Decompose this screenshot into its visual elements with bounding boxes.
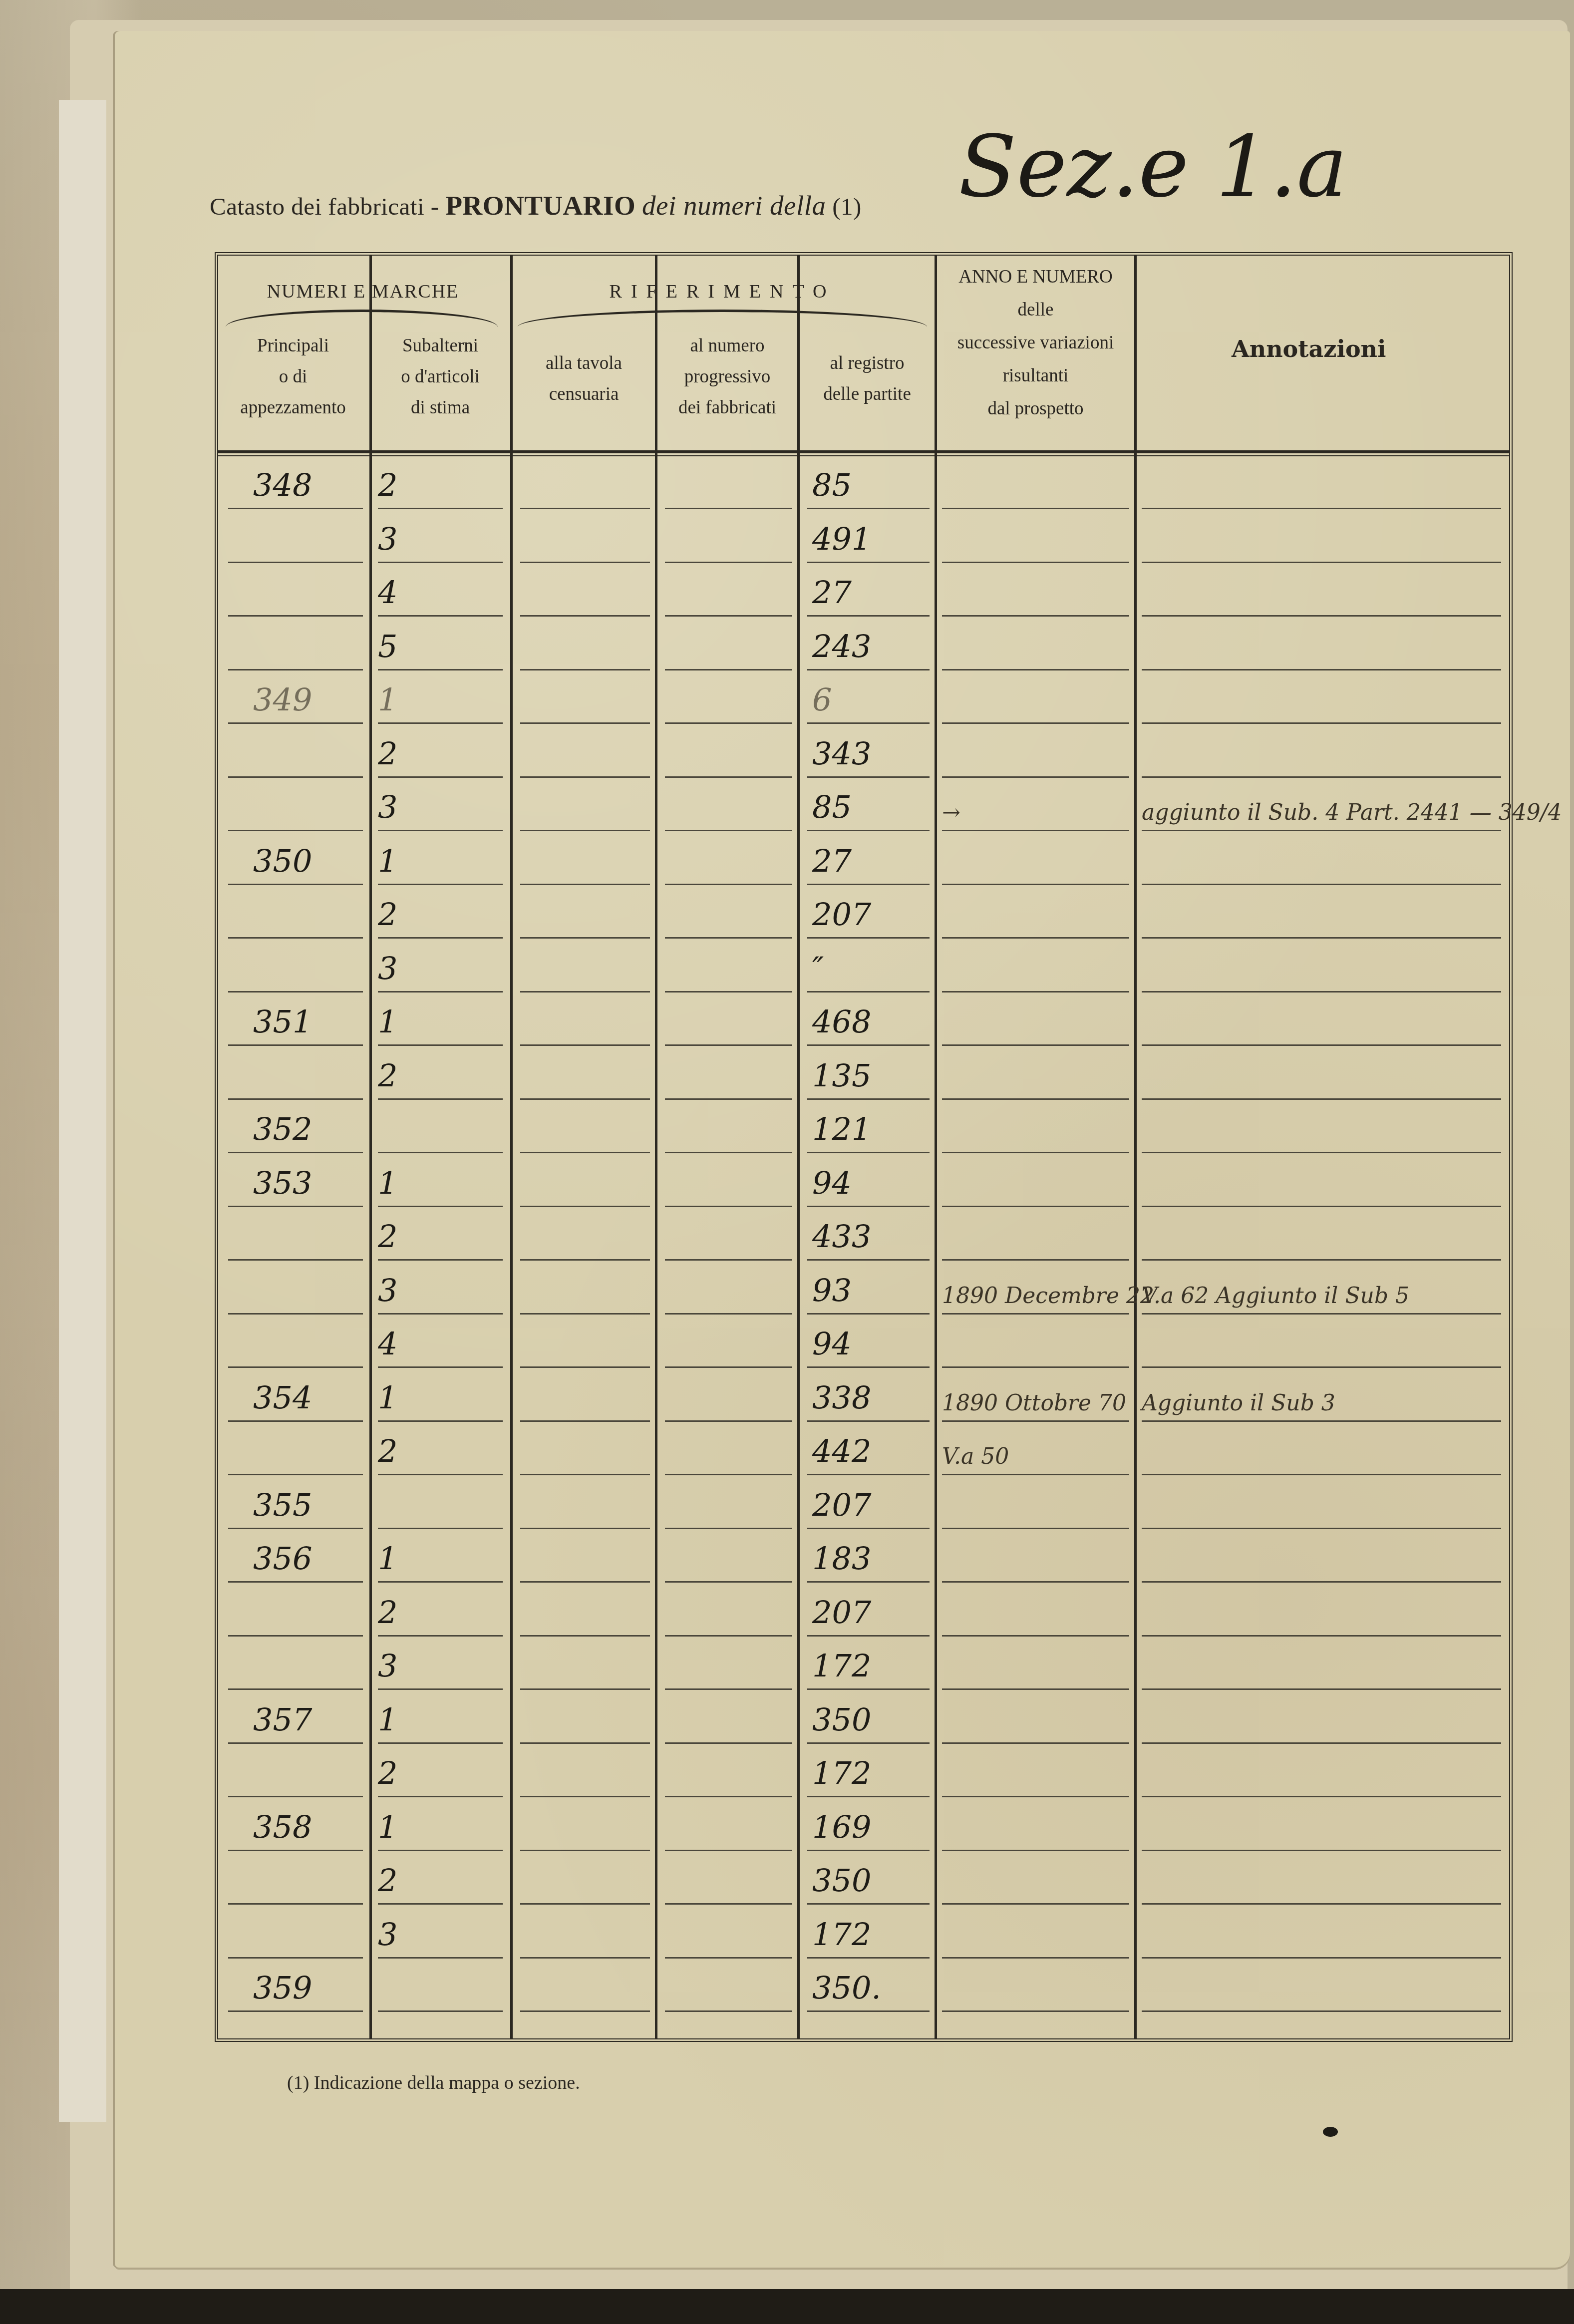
- row-rule: [807, 1259, 930, 1261]
- cell-registro-partite: 491: [812, 521, 871, 557]
- row-rule: [520, 776, 650, 778]
- row-rule: [942, 1474, 1129, 1475]
- row-rule: [807, 669, 930, 670]
- row-rule: [378, 830, 503, 831]
- row-rule: [228, 615, 363, 617]
- row-rule: [807, 1044, 930, 1046]
- row-rule: [665, 884, 792, 885]
- table-row: 2207: [218, 887, 1509, 941]
- row-rule: [1142, 669, 1501, 670]
- row-rule: [665, 722, 792, 724]
- row-rule: [378, 776, 503, 778]
- row-rule: [942, 2010, 1129, 2012]
- row-rule: [1142, 615, 1501, 617]
- row-rule: [228, 1635, 363, 1637]
- row-rule: [665, 830, 792, 831]
- row-rule: [228, 1474, 363, 1475]
- table-row: 350127: [218, 834, 1509, 888]
- row-rule: [807, 1152, 930, 1153]
- row-rule: [665, 937, 792, 939]
- row-rule: [378, 1528, 503, 1529]
- cell-subalterno: 1: [378, 1540, 397, 1577]
- title-prefix: Catasto dei fabbricati -: [210, 193, 439, 220]
- row-rule: [1142, 776, 1501, 778]
- row-rule: [942, 1044, 1129, 1046]
- row-rule: [520, 1206, 650, 1207]
- row-rule: [228, 722, 363, 724]
- cell-subalterno: 2: [378, 1218, 397, 1255]
- row-rule: [228, 991, 363, 993]
- row-rule: [520, 1581, 650, 1583]
- row-rule: [807, 937, 930, 939]
- row-rule: [807, 1957, 930, 1959]
- cell-registro-partite: 350: [812, 1701, 871, 1738]
- cell-registro-partite: 350.: [812, 1970, 881, 2006]
- row-rule: [1142, 1850, 1501, 1851]
- row-rule: [1142, 1044, 1501, 1046]
- cell-subalterno: 3: [378, 1916, 397, 1953]
- row-rule: [665, 669, 792, 670]
- header-annotazioni: Annotazioni: [1232, 335, 1386, 362]
- row-rule: [228, 1366, 363, 1368]
- cell-principale: 352: [253, 1111, 312, 1147]
- row-rule: [1142, 1098, 1501, 1100]
- row-rule: [807, 1796, 930, 1797]
- row-rule: [228, 508, 363, 509]
- title-bold: PRONTUARIO: [445, 190, 635, 221]
- cell-registro-partite: 172: [812, 1755, 871, 1791]
- row-rule: [378, 615, 503, 617]
- row-rule: [807, 1474, 930, 1475]
- row-rule: [520, 669, 650, 670]
- row-rule: [942, 884, 1129, 885]
- row-rule: [1142, 1366, 1501, 1368]
- row-rule: [807, 776, 930, 778]
- row-rule: [378, 1366, 503, 1368]
- cell-subalterno: 5: [378, 628, 397, 664]
- cell-registro-partite: 135: [812, 1057, 871, 1094]
- row-rule: [942, 1850, 1129, 1851]
- scan-bottom-edge: [0, 2289, 1574, 2324]
- cell-anno-numero: 1890 Decembre 22: [942, 1283, 1154, 1309]
- row-rule: [520, 1098, 650, 1100]
- cell-principale: 351: [253, 1003, 312, 1040]
- row-rule: [1142, 2010, 1501, 2012]
- row-rule: [807, 1206, 930, 1207]
- title-footnote-ref: (1): [832, 193, 862, 220]
- row-rule: [942, 1688, 1129, 1690]
- row-rule: [1142, 1957, 1501, 1959]
- row-rule: [1142, 722, 1501, 724]
- cell-annotazione: V.a 62 Aggiunto il Sub 5: [1142, 1283, 1409, 1309]
- row-rule: [520, 1044, 650, 1046]
- table-row: 5243: [218, 619, 1509, 673]
- row-rule: [942, 937, 1129, 939]
- table-row: 2207: [218, 1585, 1509, 1639]
- row-rule: [807, 1366, 930, 1368]
- row-rule: [942, 1366, 1129, 1368]
- row-rule: [665, 1635, 792, 1637]
- table-row: 385→aggiunto il Sub. 4 Part. 2441 — 349/…: [218, 780, 1509, 834]
- table-row: 2350: [218, 1853, 1509, 1907]
- cell-registro-partite: 85: [812, 789, 852, 825]
- row-rule: [665, 1420, 792, 1422]
- cell-registro-partite: 27: [812, 843, 852, 879]
- header-registro: al registrodelle partite: [800, 348, 935, 410]
- row-rule: [1142, 1688, 1501, 1690]
- row-rule: [378, 937, 503, 939]
- table-row: 3″: [218, 941, 1509, 995]
- cell-registro-partite: 169: [812, 1809, 871, 1845]
- row-rule: [807, 562, 930, 563]
- table-row: 359350.: [218, 1961, 1509, 2014]
- row-rule: [520, 615, 650, 617]
- table-row: 2172: [218, 1746, 1509, 1800]
- cell-principale: 354: [253, 1379, 312, 1416]
- row-rule: [378, 1903, 503, 1905]
- row-rule: [520, 722, 650, 724]
- row-rule: [378, 1420, 503, 1422]
- row-rule: [665, 1366, 792, 1368]
- row-rule: [1142, 830, 1501, 831]
- row-rule: [1142, 1152, 1501, 1153]
- row-rule: [520, 1528, 650, 1529]
- row-rule: [665, 1688, 792, 1690]
- row-rule: [807, 1635, 930, 1637]
- cell-registro-partite: 85: [812, 467, 852, 503]
- table-row: 2135: [218, 1048, 1509, 1102]
- cell-subalterno: 1: [378, 681, 397, 718]
- row-rule: [942, 776, 1129, 778]
- cell-subalterno: 2: [378, 1433, 397, 1469]
- row-rule: [1142, 1903, 1501, 1905]
- cell-registro-partite: ″: [812, 950, 824, 987]
- row-rule: [1142, 1259, 1501, 1261]
- row-rule: [228, 2010, 363, 2012]
- row-rule: [665, 1850, 792, 1851]
- row-rule: [378, 562, 503, 563]
- row-rule: [228, 937, 363, 939]
- row-rule: [228, 1742, 363, 1744]
- row-rule: [1142, 1206, 1501, 1207]
- row-rule: [1142, 1581, 1501, 1583]
- row-rule: [1142, 1474, 1501, 1475]
- row-rule: [665, 1528, 792, 1529]
- header-anno-numero: ANNO E NUMEROdellesuccessive variazionir…: [937, 261, 1134, 425]
- row-rule: [520, 1152, 650, 1153]
- cell-principale: 350: [253, 843, 312, 879]
- row-rule: [378, 1850, 503, 1851]
- row-rule: [807, 1742, 930, 1744]
- cell-registro-partite: 442: [812, 1433, 871, 1469]
- cell-subalterno: 1: [378, 1809, 397, 1845]
- row-rule: [942, 1259, 1129, 1261]
- row-rule: [942, 562, 1129, 563]
- cell-subalterno: 1: [378, 1701, 397, 1738]
- row-rule: [942, 991, 1129, 993]
- row-rule: [378, 1044, 503, 1046]
- row-rule: [228, 669, 363, 670]
- header-principali: Principalio diappezzamento: [218, 331, 368, 423]
- row-rule: [942, 1420, 1129, 1422]
- row-rule: [942, 1903, 1129, 1905]
- row-rule: [1142, 1796, 1501, 1797]
- table-row: 352121: [218, 1102, 1509, 1156]
- ledger-table: NUMERI E MARCHE RIFERIMENTO Principalio …: [215, 252, 1513, 2042]
- cell-subalterno: 2: [378, 1057, 397, 1094]
- row-rule: [665, 1903, 792, 1905]
- row-rule: [665, 1152, 792, 1153]
- cell-registro-partite: 6: [812, 681, 832, 718]
- cell-subalterno: 3: [378, 950, 397, 987]
- row-rule: [1142, 1528, 1501, 1529]
- cell-subalterno: 1: [378, 1379, 397, 1416]
- cell-subalterno: 3: [378, 789, 397, 825]
- table-row: 3581169: [218, 1800, 1509, 1854]
- row-rule: [520, 830, 650, 831]
- row-rule: [807, 722, 930, 724]
- cell-registro-partite: 94: [812, 1326, 852, 1362]
- table-row: 3511468: [218, 995, 1509, 1048]
- table-row: 3571350: [218, 1692, 1509, 1746]
- row-rule: [807, 615, 930, 617]
- cell-registro-partite: 343: [812, 735, 871, 772]
- row-rule: [665, 1206, 792, 1207]
- row-rule: [942, 1581, 1129, 1583]
- row-rule: [1142, 1742, 1501, 1744]
- row-rule: [807, 1528, 930, 1529]
- row-rule: [378, 884, 503, 885]
- cell-subalterno: 1: [378, 1003, 397, 1040]
- table-row: 2433: [218, 1209, 1509, 1263]
- row-rule: [228, 1206, 363, 1207]
- row-rule: [807, 830, 930, 831]
- header-rule: [218, 455, 1509, 456]
- row-rule: [378, 1742, 503, 1744]
- row-rule: [942, 1206, 1129, 1207]
- cell-annotazione: aggiunto il Sub. 4 Part. 2441 — 349/4: [1142, 800, 1562, 825]
- table-row: 3931890 Decembre 22V.a 62 Aggiunto il Su…: [218, 1263, 1509, 1317]
- row-rule: [228, 1850, 363, 1851]
- cell-principale: 359: [253, 1970, 312, 2006]
- row-rule: [665, 1044, 792, 1046]
- cell-principale: 358: [253, 1809, 312, 1845]
- table-row: 2442V.a 50: [218, 1424, 1509, 1478]
- row-rule: [520, 1366, 650, 1368]
- row-rule: [520, 1420, 650, 1422]
- cell-subalterno: 2: [378, 896, 397, 933]
- cell-registro-partite: 121: [812, 1111, 871, 1147]
- row-rule: [1142, 884, 1501, 885]
- table-row: 427: [218, 565, 1509, 619]
- header-tavola: alla tavolacensuaria: [513, 348, 655, 410]
- cell-registro-partite: 183: [812, 1540, 871, 1577]
- row-rule: [1142, 991, 1501, 993]
- row-rule: [942, 1313, 1129, 1315]
- row-rule: [807, 884, 930, 885]
- cell-principale: 353: [253, 1165, 312, 1201]
- cell-principale: 357: [253, 1701, 312, 1738]
- row-rule: [942, 508, 1129, 509]
- row-rule: [665, 776, 792, 778]
- row-rule: [228, 884, 363, 885]
- row-rule: [520, 562, 650, 563]
- cell-subalterno: 2: [378, 1755, 397, 1791]
- row-rule: [520, 1903, 650, 1905]
- section-handwritten: Sez.e 1.a: [958, 125, 1347, 210]
- row-rule: [228, 1313, 363, 1315]
- table-row: 353194: [218, 1156, 1509, 1210]
- row-rule: [942, 1796, 1129, 1797]
- cell-registro-partite: 350: [812, 1862, 871, 1899]
- row-rule: [942, 1742, 1129, 1744]
- cell-registro-partite: 172: [812, 1916, 871, 1953]
- row-rule: [378, 1688, 503, 1690]
- row-rule: [378, 1635, 503, 1637]
- group-riferimento: RIFERIMENTO: [513, 281, 932, 303]
- cell-principale: 355: [253, 1487, 312, 1523]
- header-rule: [218, 450, 1509, 453]
- row-rule: [520, 937, 650, 939]
- row-rule: [665, 508, 792, 509]
- cell-anno-numero: 1890 Ottobre 70: [942, 1390, 1126, 1416]
- table-row: 3561183: [218, 1531, 1509, 1585]
- row-rule: [807, 508, 930, 509]
- cell-subalterno: 3: [378, 1648, 397, 1684]
- row-rule: [1142, 508, 1501, 509]
- row-rule: [807, 991, 930, 993]
- row-rule: [1142, 562, 1501, 563]
- row-rule: [520, 1796, 650, 1797]
- row-rule: [378, 1474, 503, 1475]
- cell-subalterno: 4: [378, 1326, 397, 1362]
- row-rule: [1142, 1420, 1501, 1422]
- title-italic: dei numeri della: [642, 190, 826, 221]
- row-rule: [942, 1528, 1129, 1529]
- footnote: (1) Indicazione della mappa o sezione.: [287, 2072, 580, 2094]
- cell-anno-numero: →: [942, 800, 960, 825]
- cell-subalterno: 1: [378, 843, 397, 879]
- cell-annotazione: Aggiunto il Sub 3: [1142, 1390, 1335, 1416]
- row-rule: [942, 1152, 1129, 1153]
- ink-blot: [1323, 2127, 1338, 2137]
- table-row: 2343: [218, 726, 1509, 780]
- row-rule: [1142, 1313, 1501, 1315]
- cell-registro-partite: 172: [812, 1648, 871, 1684]
- table-row: 34916: [218, 672, 1509, 726]
- row-rule: [807, 1420, 930, 1422]
- cell-registro-partite: 93: [812, 1272, 852, 1309]
- row-rule: [665, 1581, 792, 1583]
- row-rule: [807, 1688, 930, 1690]
- cell-anno-numero: V.a 50: [942, 1444, 1009, 1469]
- row-rule: [942, 1957, 1129, 1959]
- row-rule: [228, 1796, 363, 1797]
- cell-subalterno: 2: [378, 467, 397, 503]
- row-rule: [807, 1581, 930, 1583]
- row-rule: [665, 991, 792, 993]
- row-rule: [520, 1259, 650, 1261]
- row-rule: [520, 1850, 650, 1851]
- row-rule: [378, 1957, 503, 1959]
- row-rule: [228, 1259, 363, 1261]
- row-rule: [665, 1098, 792, 1100]
- row-rule: [807, 1850, 930, 1851]
- cell-subalterno: 4: [378, 574, 397, 611]
- row-rule: [807, 1098, 930, 1100]
- cell-subalterno: 2: [378, 735, 397, 772]
- row-rule: [378, 1098, 503, 1100]
- row-rule: [228, 1581, 363, 1583]
- row-rule: [665, 2010, 792, 2012]
- row-rule: [520, 1957, 650, 1959]
- cell-subalterno: 2: [378, 1862, 397, 1899]
- row-rule: [378, 1206, 503, 1207]
- table-row: 35413381890 Ottobre 70Aggiunto il Sub 3: [218, 1370, 1509, 1424]
- row-rule: [378, 1152, 503, 1153]
- row-rule: [520, 991, 650, 993]
- cell-registro-partite: 433: [812, 1218, 871, 1255]
- brace: [518, 310, 927, 327]
- row-rule: [665, 615, 792, 617]
- row-rule: [228, 1420, 363, 1422]
- row-rule: [942, 1098, 1129, 1100]
- row-rule: [520, 884, 650, 885]
- row-rule: [520, 1313, 650, 1315]
- cell-principale: 348: [253, 467, 312, 503]
- row-rule: [665, 1474, 792, 1475]
- cell-registro-partite: 338: [812, 1379, 871, 1416]
- row-rule: [228, 776, 363, 778]
- header-progressivo: al numeroprogressivodei fabbricati: [657, 331, 797, 423]
- row-rule: [665, 1313, 792, 1315]
- row-rule: [942, 669, 1129, 670]
- row-rule: [378, 1259, 503, 1261]
- row-rule: [228, 562, 363, 563]
- row-rule: [942, 830, 1129, 831]
- row-rule: [942, 1635, 1129, 1637]
- page-title: Catasto dei fabbricati - PRONTUARIO dei …: [210, 190, 862, 221]
- table-row: 355207: [218, 1478, 1509, 1532]
- row-rule: [1142, 937, 1501, 939]
- table-row: 3172: [218, 1907, 1509, 1961]
- row-rule: [807, 2010, 930, 2012]
- row-rule: [228, 1044, 363, 1046]
- cell-subalterno: 2: [378, 1594, 397, 1631]
- group-numeri-marche: NUMERI E MARCHE: [218, 281, 508, 303]
- row-rule: [665, 562, 792, 563]
- cell-subalterno: 3: [378, 521, 397, 557]
- row-rule: [520, 508, 650, 509]
- row-rule: [520, 1635, 650, 1637]
- table-row: 3491: [218, 512, 1509, 566]
- cell-registro-partite: 94: [812, 1165, 852, 1201]
- row-rule: [378, 1796, 503, 1797]
- row-rule: [228, 1903, 363, 1905]
- row-rule: [665, 1957, 792, 1959]
- row-rule: [942, 615, 1129, 617]
- brace: [226, 310, 498, 327]
- row-rule: [228, 1688, 363, 1690]
- cell-registro-partite: 468: [812, 1003, 871, 1040]
- table-row: 494: [218, 1317, 1509, 1370]
- row-rule: [378, 722, 503, 724]
- table-row: 3172: [218, 1639, 1509, 1692]
- row-rule: [807, 1313, 930, 1315]
- torn-paper-strip: [59, 100, 106, 2122]
- row-rule: [228, 1528, 363, 1529]
- cell-registro-partite: 207: [812, 1487, 871, 1523]
